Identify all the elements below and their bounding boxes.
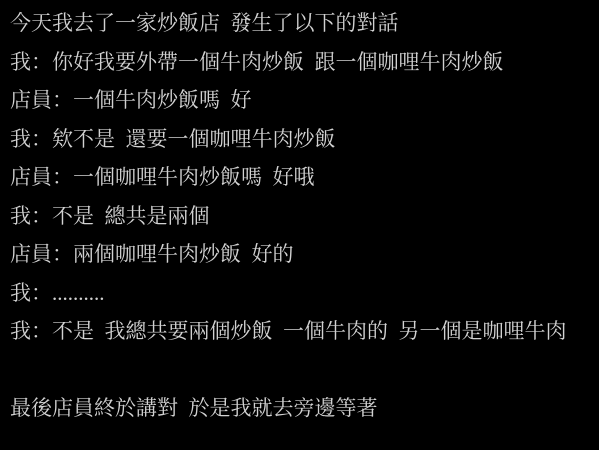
post-line: 我：.......... (10, 274, 595, 313)
post-line: 店員：一個咖哩牛肉炒飯嗎 好哦 (10, 158, 595, 197)
post-line: 我：不是 總共是兩個 (10, 197, 595, 236)
post-line: 今天我去了一家炒飯店 發生了以下的對話 (10, 4, 595, 43)
post-line: 我：欸不是 還要一個咖哩牛肉炒飯 (10, 120, 595, 159)
post-blank-line (10, 351, 595, 390)
post-line: 我：你好我要外帶一個牛肉炒飯 跟一個咖哩牛肉炒飯 (10, 43, 595, 82)
post-line: 我：不是 我總共要兩個炒飯 一個牛肉的 另一個是咖哩牛肉 (10, 312, 595, 351)
post-line: 最後店員終於講對 於是我就去旁邊等著 (10, 389, 595, 428)
post-body: 今天我去了一家炒飯店 發生了以下的對話我：你好我要外帶一個牛肉炒飯 跟一個咖哩牛… (0, 0, 599, 450)
screenshot-root: { "page": { "background_color": "#000000… (0, 0, 599, 450)
post-line: 店員：一個牛肉炒飯嗎 好 (10, 81, 595, 120)
post-line: 店員：兩個咖哩牛肉炒飯 好的 (10, 235, 595, 274)
